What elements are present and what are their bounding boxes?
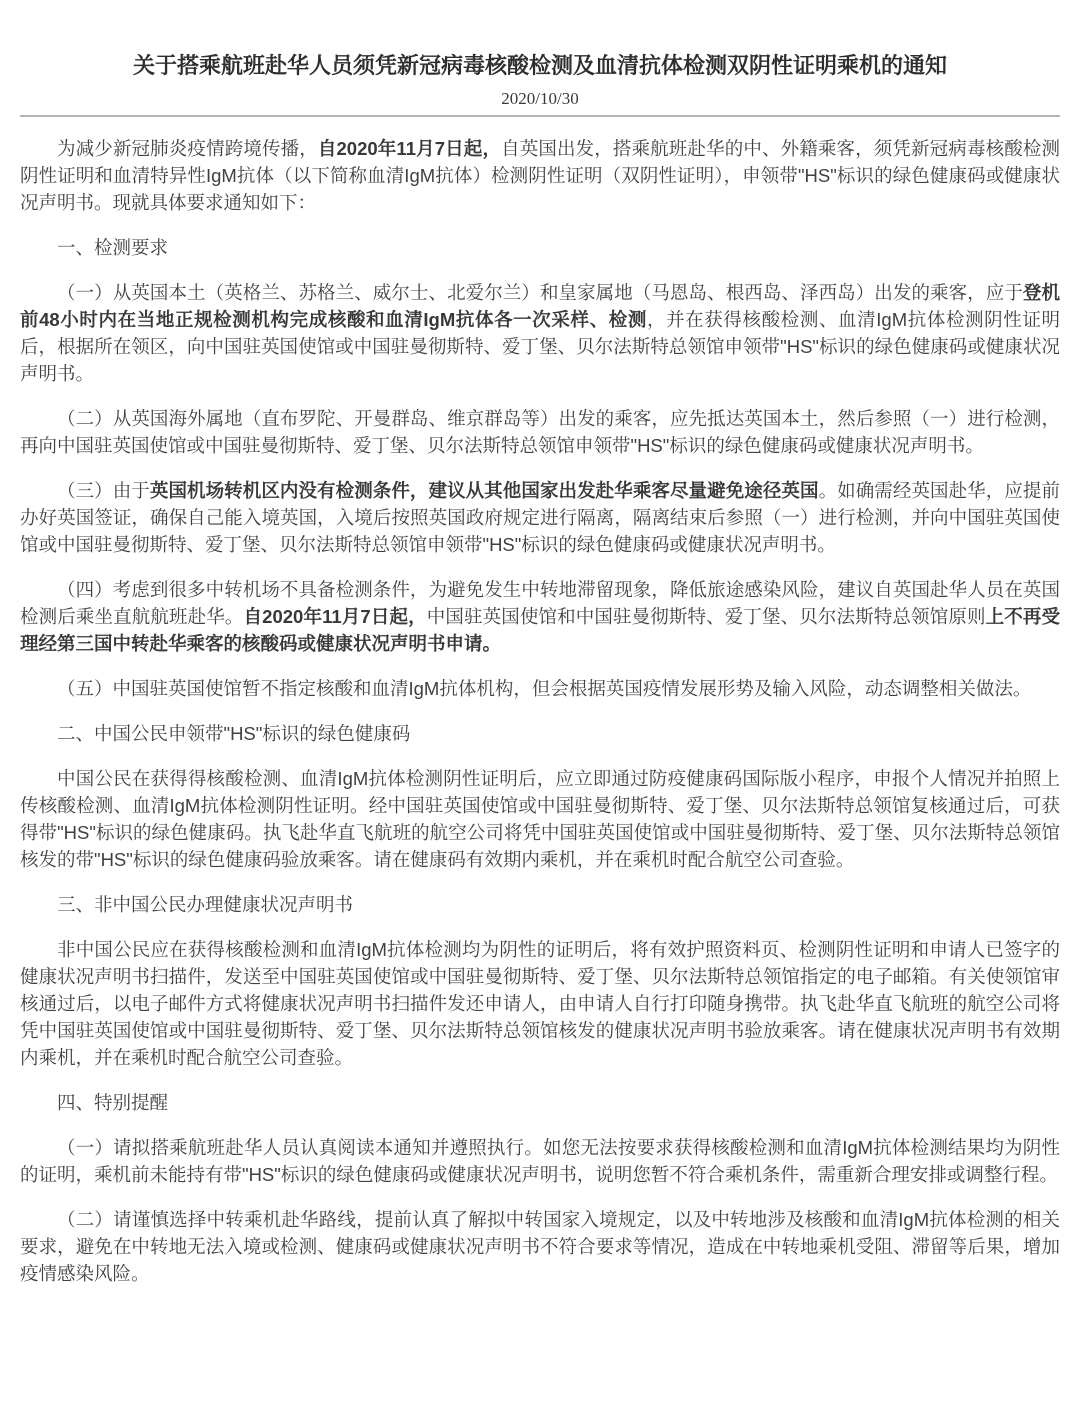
section-heading: 四、特别提醒 bbox=[20, 1089, 1060, 1116]
text-run: （二）请谨慎选择中转乘机赴华路线，提前认真了解拟中转国家入境规定，以及中转地涉及… bbox=[20, 1209, 1060, 1284]
paragraph: （五）中国驻英国使馆暂不指定核酸和血清IgM抗体机构，但会根据英国疫情发展形势及… bbox=[20, 675, 1060, 702]
publish-date: 2020/10/30 bbox=[20, 88, 1060, 110]
section-heading: 一、检测要求 bbox=[20, 234, 1060, 261]
emphasized-text: 英国机场转机区内没有检测条件，建议从其他国家出发赴华乘客尽量避免途径英国 bbox=[150, 480, 819, 501]
section-heading: 三、非中国公民办理健康状况声明书 bbox=[20, 891, 1060, 918]
emphasized-text: 自2020年11月7日起， bbox=[318, 138, 501, 159]
text-run: 二、中国公民申领带"HS"标识的绿色健康码 bbox=[57, 723, 410, 744]
notice-page: 关于搭乘航班赴华人员须凭新冠病毒核酸检测及血清抗体检测双阴性证明乘机的通知 20… bbox=[0, 0, 1080, 1427]
paragraph: （二）从英国海外属地（直布罗陀、开曼群岛、维京群岛等）出发的乘客，应先抵达英国本… bbox=[20, 405, 1060, 459]
text-run: （一）从英国本土（英格兰、苏格兰、威尔士、北爱尔兰）和皇家属地（马恩岛、根西岛、… bbox=[57, 282, 1023, 303]
text-run: 为减少新冠肺炎疫情跨境传播， bbox=[57, 138, 318, 159]
paragraph: 非中国公民应在获得核酸检测和血清IgM抗体检测均为阴性的证明后，将有效护照资料页… bbox=[20, 936, 1060, 1071]
page-title: 关于搭乘航班赴华人员须凭新冠病毒核酸检测及血清抗体检测双阴性证明乘机的通知 bbox=[20, 50, 1060, 82]
text-run: 三、非中国公民办理健康状况声明书 bbox=[57, 894, 353, 915]
text-run: （三）由于 bbox=[57, 480, 150, 501]
paragraph: 为减少新冠肺炎疫情跨境传播，自2020年11月7日起，自英国出发，搭乘航班赴华的… bbox=[20, 135, 1060, 216]
paragraph: （四）考虑到很多中转机场不具备检测条件，为避免发生中转地滞留现象，降低旅途感染风… bbox=[20, 576, 1060, 657]
text-run: 四、特别提醒 bbox=[57, 1092, 168, 1113]
section-heading: 二、中国公民申领带"HS"标识的绿色健康码 bbox=[20, 720, 1060, 747]
paragraph: （一）请拟搭乘航班赴华人员认真阅读本通知并遵照执行。如您无法按要求获得核酸检测和… bbox=[20, 1134, 1060, 1188]
paragraph: （一）从英国本土（英格兰、苏格兰、威尔士、北爱尔兰）和皇家属地（马恩岛、根西岛、… bbox=[20, 279, 1060, 387]
text-run: （二）从英国海外属地（直布罗陀、开曼群岛、维京群岛等）出发的乘客，应先抵达英国本… bbox=[20, 408, 1060, 456]
text-run: （一）请拟搭乘航班赴华人员认真阅读本通知并遵照执行。如您无法按要求获得核酸检测和… bbox=[20, 1137, 1060, 1185]
paragraph: （三）由于英国机场转机区内没有检测条件，建议从其他国家出发赴华乘客尽量避免途径英… bbox=[20, 477, 1060, 558]
text-run: 中国驻英国使馆和中国驻曼彻斯特、爱丁堡、贝尔法斯特总领馆原则 bbox=[427, 606, 986, 627]
paragraph: （二）请谨慎选择中转乘机赴华路线，提前认真了解拟中转国家入境规定，以及中转地涉及… bbox=[20, 1206, 1060, 1287]
divider bbox=[20, 115, 1060, 117]
emphasized-text: 自2020年11月7日起， bbox=[244, 606, 427, 627]
text-run: 一、检测要求 bbox=[57, 237, 168, 258]
text-run: （五）中国驻英国使馆暂不指定核酸和血清IgM抗体机构，但会根据英国疫情发展形势及… bbox=[57, 678, 1031, 699]
paragraph: 中国公民在获得得核酸检测、血清IgM抗体检测阴性证明后，应立即通过防疫健康码国际… bbox=[20, 765, 1060, 873]
text-run: 中国公民在获得得核酸检测、血清IgM抗体检测阴性证明后，应立即通过防疫健康码国际… bbox=[20, 768, 1060, 870]
document-body: 为减少新冠肺炎疫情跨境传播，自2020年11月7日起，自英国出发，搭乘航班赴华的… bbox=[20, 135, 1060, 1287]
text-run: 非中国公民应在获得核酸检测和血清IgM抗体检测均为阴性的证明后，将有效护照资料页… bbox=[20, 939, 1060, 1068]
